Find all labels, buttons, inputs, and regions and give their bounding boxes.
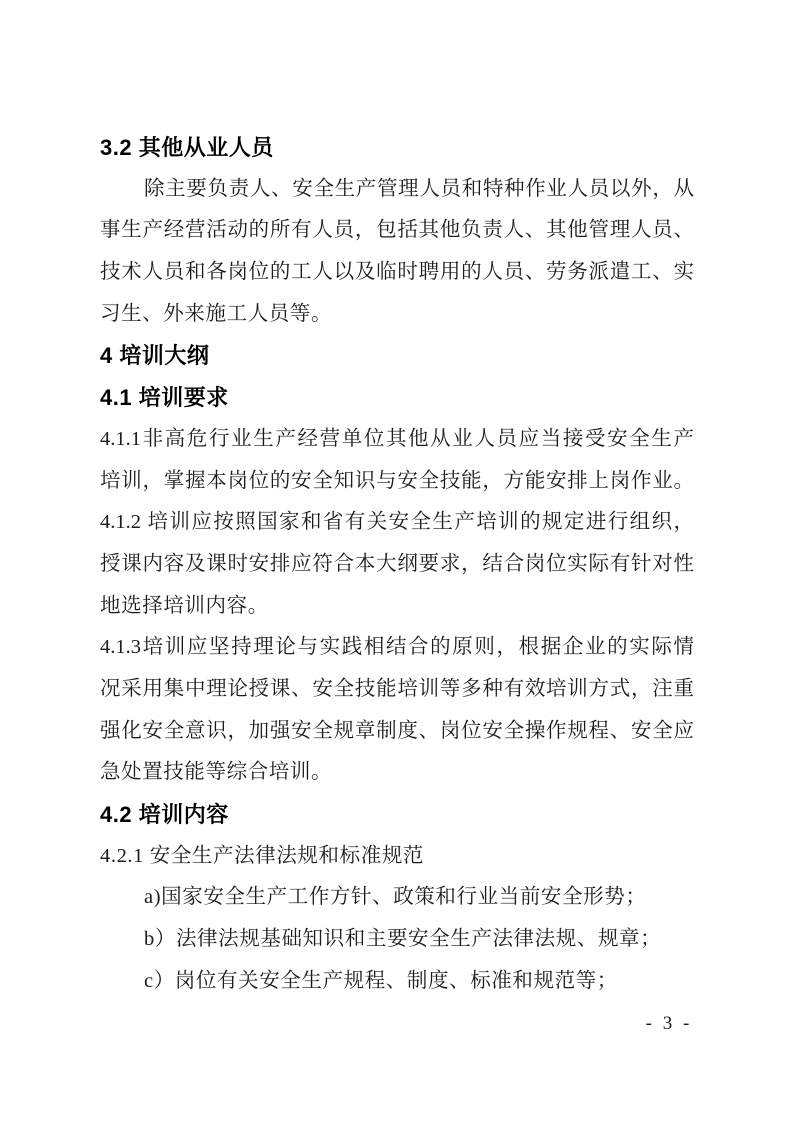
heading-3-2-other-employees: 3.2 其他从业人员 — [100, 127, 694, 169]
paragraph-line: 4.1.2 培训应按照国家和省有关安全生产培训的规定进行组织， — [100, 502, 694, 544]
paragraph-line: 除主要负责人、安全生产管理人员和特种作业人员以外，从 — [144, 169, 694, 211]
heading-4-1-requirements: 4.1 培训要求 — [100, 377, 694, 419]
list-item-c: c）岗位有关安全生产规程、制度、标准和规范等； — [144, 961, 694, 1003]
paragraph-line: 授课内容及课时安排应符合本大纲要求，结合岗位实际有针对性 — [100, 544, 694, 586]
paragraph-line: 况采用集中理论授课、安全技能培训等多种有效培训方式，注重 — [100, 669, 694, 711]
paragraph-line: 事生产经营活动的所有人员，包括其他负责人、其他管理人员、 — [100, 210, 694, 252]
paragraph-line: 习生、外来施工人员等。 — [100, 294, 694, 336]
page-number: - 3 - — [638, 1010, 700, 1038]
paragraph-line: 急处置技能等综合培训。 — [100, 752, 694, 794]
list-item-a: a)国家安全生产工作方针、政策和行业当前安全形势； — [144, 877, 694, 919]
document-body: 3.2 其他从业人员 除主要负责人、安全生产管理人员和特种作业人员以外，从 事生… — [100, 127, 694, 1002]
paragraph-line: 4.1.1非高危行业生产经营单位其他从业人员应当接受安全生产 — [100, 419, 694, 461]
subheading-4-2-1: 4.2.1 安全生产法律法规和标准规范 — [100, 836, 694, 878]
paragraph-line: 强化安全意识，加强安全规章制度、岗位安全操作规程、安全应 — [100, 711, 694, 753]
document-page: 3.2 其他从业人员 除主要负责人、安全生产管理人员和特种作业人员以外，从 事生… — [0, 0, 793, 1122]
heading-4-2-content: 4.2 培训内容 — [100, 794, 694, 836]
heading-4-training-outline: 4 培训大纲 — [100, 335, 694, 377]
paragraph-line: 培训，掌握本岗位的安全知识与安全技能，方能安排上岗作业。 — [100, 461, 694, 503]
list-item-b: b）法律法规基础知识和主要安全生产法律法规、规章； — [144, 919, 694, 961]
paragraph-line: 技术人员和各岗位的工人以及临时聘用的人员、劳务派遣工、实 — [100, 252, 694, 294]
paragraph-line: 4.1.3培训应坚持理论与实践相结合的原则，根据企业的实际情 — [100, 627, 694, 669]
paragraph-line: 地选择培训内容。 — [100, 586, 694, 628]
